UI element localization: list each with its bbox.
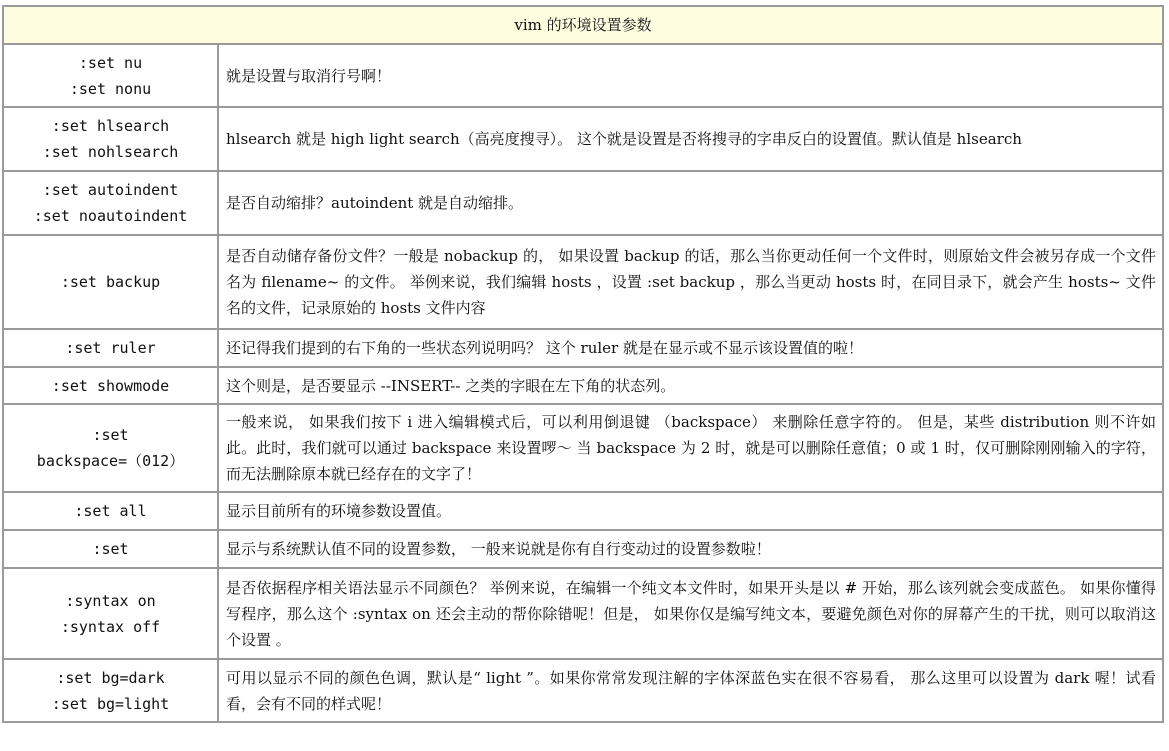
description-cell: 显示目前所有的环境参数设置值。 xyxy=(218,492,1163,530)
table-row: :set ruler 还记得我们提到的右下角的一些状态列说明吗？ 这个 rule… xyxy=(3,329,1163,367)
command-cell: :set hlsearch :set nohlsearch xyxy=(3,107,218,171)
command-cell: :set bg=dark :set bg=light xyxy=(3,659,218,722)
command-cell: :syntax on :syntax off xyxy=(3,568,218,659)
command-text: :set ruler xyxy=(4,335,217,361)
command-text: :syntax on xyxy=(4,588,217,614)
command-text: :set backup xyxy=(4,269,217,295)
command-text: :set nonu xyxy=(4,76,217,102)
command-text: :set nu xyxy=(4,50,217,76)
command-text: :syntax off xyxy=(4,614,217,640)
command-cell: :set showmode xyxy=(3,367,218,404)
command-text: :set autoindent xyxy=(4,177,217,203)
command-text: :set all xyxy=(4,498,217,524)
table-row: :set 显示与系统默认值不同的设置参数， 一般来说就是你有自行变动过的设置参数… xyxy=(3,530,1163,568)
description-cell: 这个则是，是否要显示 --INSERT-- 之类的字眼在左下角的状态列。 xyxy=(218,367,1163,404)
table-title: vim 的环境设置参数 xyxy=(3,6,1163,44)
command-text: :set bg=light xyxy=(4,691,217,717)
command-cell: :set backspace=（012） xyxy=(3,404,218,492)
command-cell: :set ruler xyxy=(3,329,218,367)
command-cell: :set backup xyxy=(3,235,218,329)
table-row: :set backup 是否自动储存备份文件？一般是 nobackup 的， 如… xyxy=(3,235,1163,329)
command-cell: :set all xyxy=(3,492,218,530)
command-text: :set hlsearch xyxy=(4,113,217,139)
description-cell: 是否自动缩排？autoindent 就是自动缩排。 xyxy=(218,171,1163,235)
description-cell: 还记得我们提到的右下角的一些状态列说明吗？ 这个 ruler 就是在显示或不显示… xyxy=(218,329,1163,367)
table-row: :set all 显示目前所有的环境参数设置值。 xyxy=(3,492,1163,530)
command-cell: :set autoindent :set noautoindent xyxy=(3,171,218,235)
table-row: :set nu :set nonu 就是设置与取消行号啊！ xyxy=(3,44,1163,107)
command-text: :set nohlsearch xyxy=(4,139,217,165)
command-text: :set showmode xyxy=(4,373,217,399)
table-row: :set showmode 这个则是，是否要显示 --INSERT-- 之类的字… xyxy=(3,367,1163,404)
table-row: :set backspace=（012） 一般来说， 如果我们按下 i 进入编辑… xyxy=(3,404,1163,492)
command-cell: :set nu :set nonu xyxy=(3,44,218,107)
description-cell: 显示与系统默认值不同的设置参数， 一般来说就是你有自行变动过的设置参数啦！ xyxy=(218,530,1163,568)
command-text: :set xyxy=(4,422,217,448)
vim-settings-table: vim 的环境设置参数 :set nu :set nonu 就是设置与取消行号啊… xyxy=(2,5,1164,723)
description-cell: 是否依据程序相关语法显示不同颜色？ 举例来说，在编辑一个纯文本文件时，如果开头是… xyxy=(218,568,1163,659)
table-row: :syntax on :syntax off 是否依据程序相关语法显示不同颜色？… xyxy=(3,568,1163,659)
description-cell: 是否自动储存备份文件？一般是 nobackup 的， 如果设置 backup 的… xyxy=(218,235,1163,329)
description-cell: 一般来说， 如果我们按下 i 进入编辑模式后，可以利用倒退键 （backspac… xyxy=(218,404,1163,492)
table-header-row: vim 的环境设置参数 xyxy=(3,6,1163,44)
command-text: :set noautoindent xyxy=(4,203,217,229)
table-row: :set bg=dark :set bg=light 可用以显示不同的颜色色调，… xyxy=(3,659,1163,722)
command-cell: :set xyxy=(3,530,218,568)
command-text: :set xyxy=(4,536,217,562)
description-cell: 就是设置与取消行号啊！ xyxy=(218,44,1163,107)
command-text: :set bg=dark xyxy=(4,665,217,691)
description-cell: hlsearch 就是 high light search（高亮度搜寻）。 这个… xyxy=(218,107,1163,171)
description-cell: 可用以显示不同的颜色色调，默认是“ light ”。如果你常常发现注解的字体深蓝… xyxy=(218,659,1163,722)
table-row: :set hlsearch :set nohlsearch hlsearch 就… xyxy=(3,107,1163,171)
command-text: backspace=（012） xyxy=(4,448,217,474)
table-row: :set autoindent :set noautoindent 是否自动缩排… xyxy=(3,171,1163,235)
